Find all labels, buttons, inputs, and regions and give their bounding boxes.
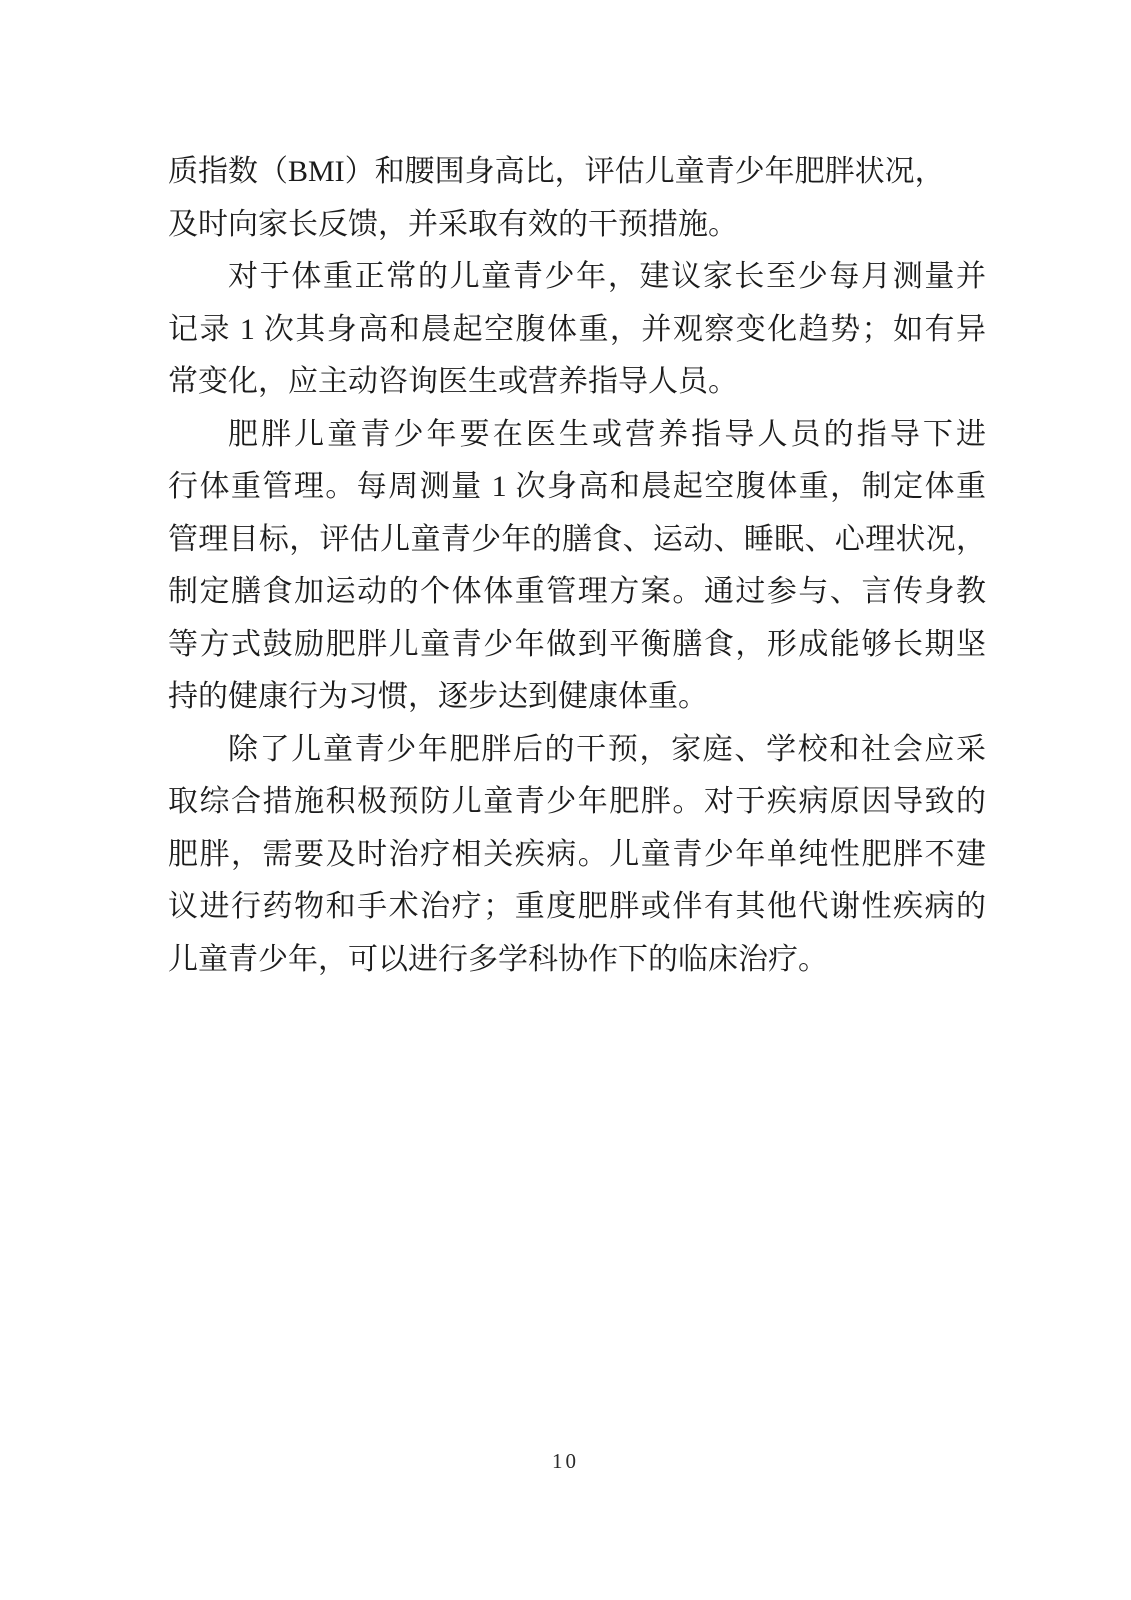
text-line: 行体重管理。每周测量 1 次身高和晨起空腹体重，制定体重 xyxy=(168,461,986,514)
text-line: 等方式鼓励肥胖儿童青少年做到平衡膳食，形成能够长期坚 xyxy=(168,619,986,672)
text-line: 质指数（BMI）和腰围身高比，评估儿童青少年肥胖状况， xyxy=(168,146,986,199)
page-number: 10 xyxy=(0,1449,1131,1474)
paragraph: 对于体重正常的儿童青少年，建议家长至少每月测量并 记录 1 次其身高和晨起空腹体… xyxy=(168,251,986,409)
text-line: 及时向家长反馈，并采取有效的干预措施。 xyxy=(168,199,986,252)
document-body: 质指数（BMI）和腰围身高比，评估儿童青少年肥胖状况， 及时向家长反馈，并采取有… xyxy=(168,146,986,986)
text-line: 议进行药物和手术治疗；重度肥胖或伴有其他代谢性疾病的 xyxy=(168,881,986,934)
document-page: 质指数（BMI）和腰围身高比，评估儿童青少年肥胖状况， 及时向家长反馈，并采取有… xyxy=(0,0,1131,1600)
paragraph: 质指数（BMI）和腰围身高比，评估儿童青少年肥胖状况， 及时向家长反馈，并采取有… xyxy=(168,146,986,251)
text-line: 除了儿童青少年肥胖后的干预，家庭、学校和社会应采 xyxy=(168,724,986,777)
paragraph: 肥胖儿童青少年要在医生或营养指导人员的指导下进 行体重管理。每周测量 1 次身高… xyxy=(168,409,986,724)
text-line: 持的健康行为习惯，逐步达到健康体重。 xyxy=(168,671,986,724)
text-line: 肥胖，需要及时治疗相关疾病。儿童青少年单纯性肥胖不建 xyxy=(168,829,986,882)
text-line: 儿童青少年，可以进行多学科协作下的临床治疗。 xyxy=(168,934,986,987)
paragraph: 除了儿童青少年肥胖后的干预，家庭、学校和社会应采 取综合措施积极预防儿童青少年肥… xyxy=(168,724,986,987)
text-line: 常变化，应主动咨询医生或营养指导人员。 xyxy=(168,356,986,409)
text-line: 记录 1 次其身高和晨起空腹体重，并观察变化趋势；如有异 xyxy=(168,304,986,357)
text-line: 制定膳食加运动的个体体重管理方案。通过参与、言传身教 xyxy=(168,566,986,619)
text-line: 肥胖儿童青少年要在医生或营养指导人员的指导下进 xyxy=(168,409,986,462)
text-line: 对于体重正常的儿童青少年，建议家长至少每月测量并 xyxy=(168,251,986,304)
text-line: 取综合措施积极预防儿童青少年肥胖。对于疾病原因导致的 xyxy=(168,776,986,829)
text-line: 管理目标，评估儿童青少年的膳食、运动、睡眠、心理状况， xyxy=(168,514,986,567)
